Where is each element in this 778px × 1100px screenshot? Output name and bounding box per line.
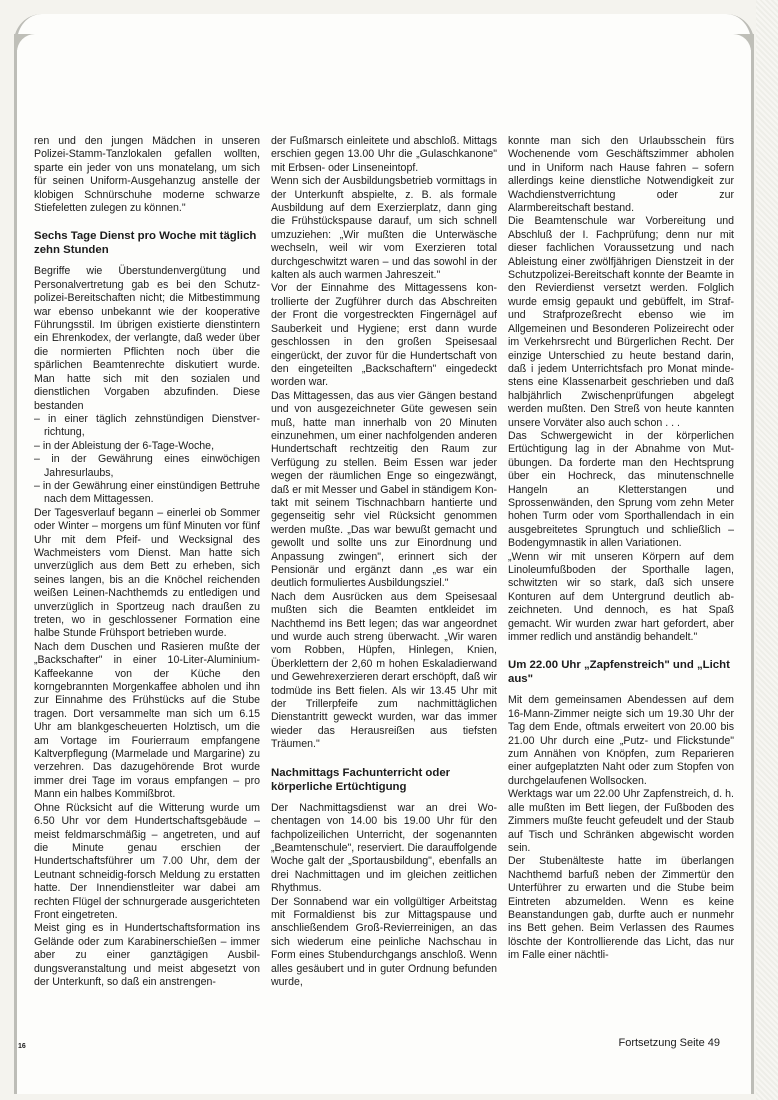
continuation-note: Fortsetzung Seite 49: [618, 1037, 720, 1049]
list-item: in einer täglich zehnstündigen Dienstver…: [34, 413, 260, 440]
paragraph: Nach dem Ausrücken aus dem Speisesaal mu…: [271, 591, 497, 752]
page-edge-texture: [756, 0, 778, 1100]
paragraph: Wenn sich der Ausbildungsbetrieb vormit­…: [271, 175, 497, 282]
section-heading: Nachmittags Fachunterricht oder körperli…: [271, 766, 497, 794]
paragraph: Das Mittagessen, das aus vier Gängen bes…: [271, 390, 497, 591]
paragraph: Die Beamtenschule war Vorbereitung und A…: [508, 215, 734, 430]
section-heading: Sechs Tage Dienst pro Woche mit täglich …: [34, 229, 260, 257]
header-band-inner: [17, 34, 751, 52]
paragraph: Meist ging es in Hundertschaftsformation…: [34, 922, 260, 989]
paragraph: Begriffe wie Überstundenvergütung und Pe…: [34, 265, 260, 412]
paragraph: Vor der Einnahme des Mittagessens kon­tr…: [271, 282, 497, 389]
column-3: konnte man sich den Urlaubsschein fürs W…: [508, 135, 734, 989]
paragraph: „Wenn wir mit unseren Körpern auf dem Li…: [508, 551, 734, 645]
paragraph: Der Tagesverlauf begann – einerlei ob So…: [34, 507, 260, 641]
paragraph: Der Sonnabend war ein vollgültiger Ar­be…: [271, 896, 497, 990]
paragraph: Ohne Rücksicht auf die Witterung wurde u…: [34, 802, 260, 923]
paragraph: Mit dem gemeinsamen Abendessen auf dem 1…: [508, 694, 734, 788]
paragraph: konnte man sich den Urlaubsschein fürs W…: [508, 135, 734, 215]
section-heading: Um 22.00 Uhr „Zapfenstreich" und „Licht …: [508, 658, 734, 686]
column-2: der Fußmarsch einleitete und abschloß. M…: [271, 135, 497, 989]
bullet-list: in einer täglich zehnstündigen Dienstver…: [34, 413, 260, 507]
list-item: in der Ableistung der 6-Tage-Woche,: [34, 440, 260, 453]
page-number: 16: [18, 1043, 26, 1050]
paragraph: Der Nachmittagsdienst war an drei Wo­che…: [271, 802, 497, 896]
paragraph: Werktags war um 22.00 Uhr Zapfenstreich,…: [508, 788, 734, 855]
paragraph: Das Schwergewicht in der körperlichen Er…: [508, 430, 734, 551]
list-item: in der Gewährung eines einwöchigen Jahre…: [34, 453, 260, 480]
paragraph: Nach dem Duschen und Rasieren mußte der …: [34, 641, 260, 802]
column-1: ren und den jungen Mädchen in unseren Po…: [34, 135, 260, 989]
paragraph: ren und den jungen Mädchen in unseren Po…: [34, 135, 260, 215]
list-item: in der Gewährung einer einstündigen Bett…: [34, 480, 260, 507]
paragraph: Der Stubenälteste hatte im überlangen Na…: [508, 855, 734, 962]
article-body: ren und den jungen Mädchen in unseren Po…: [34, 135, 734, 989]
paragraph: der Fußmarsch einleitete und abschloß. M…: [271, 135, 497, 175]
